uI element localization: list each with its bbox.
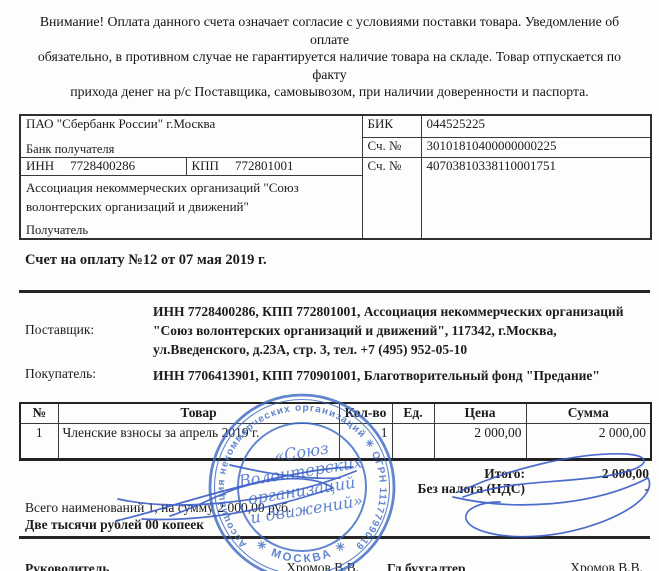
bank-requisites-table: ПАО "Сбербанк России" г.Москва Банк полу… [19, 114, 652, 240]
item-sum: 2 000,00 [526, 423, 651, 459]
bik-value: 044525225 [421, 115, 651, 138]
col-header-qty: Кол-во [339, 403, 392, 424]
recipient-cell: Ассоциация некоммерческих организаций "С… [20, 175, 362, 239]
bank-name: ПАО "Сбербанк России" г.Москва [26, 116, 357, 132]
payment-notice: Внимание! Оплата данного счета означает … [24, 13, 635, 101]
amount-in-words: Две тысячи рублей 00 копеек [25, 517, 659, 533]
corr-account-label: Сч. № [362, 138, 421, 157]
supplier-label: Поставщик: [25, 322, 153, 338]
director-signature-line: Хромов В.В. [118, 559, 366, 571]
invoice-document: Внимание! Оплата данного счета означает … [0, 0, 659, 571]
total-label: Итого: [484, 466, 525, 482]
bank-label: Банк получателя [26, 142, 357, 157]
notice-line: обязательно, в противном случае не гаран… [24, 48, 635, 83]
account-label: Сч. № [362, 157, 421, 239]
buyer-text: ИНН 7706413901, КПП 770901001, Благотвор… [153, 366, 640, 385]
col-header-unit: Ед. [392, 403, 434, 424]
item-name: Членские взносы за апрель 2019 г. [58, 423, 339, 459]
notice-line: Внимание! Оплата данного счета означает … [24, 13, 635, 48]
col-header-sum: Сумма [526, 403, 651, 424]
col-header-price: Цена [434, 403, 526, 424]
supplier-text: ИНН 7728400286, КПП 772801001, Ассоциаци… [153, 302, 640, 359]
item-num: 1 [20, 423, 58, 459]
accountant-label: Гл.бухгалтер [387, 561, 458, 571]
inn-cell: ИНН 7728400286 [20, 157, 186, 175]
divider-rule [19, 536, 650, 539]
buyer-label: Покупатель: [25, 366, 153, 382]
accountant-signature-line: Хромов В.В. [458, 559, 650, 571]
items-table: № Товар Кол-во Ед. Цена Сумма 1 Членские… [19, 402, 652, 461]
tax-label: Без налога (НДС) [418, 481, 525, 497]
director-label: Руководитель [25, 561, 118, 571]
tax-value: - [525, 481, 649, 497]
totals-block: Итого: 2 000,00 Без налога (НДС) - [0, 466, 659, 497]
invoice-title: Счет на оплату №12 от 07 мая 2019 г. [25, 252, 659, 269]
items-header-row: № Товар Кол-во Ед. Цена Сумма [20, 403, 651, 424]
bank-cell: ПАО "Сбербанк России" г.Москва Банк полу… [20, 115, 362, 158]
items-count-line: Всего наименований 1, на сумму 2 000,00 … [25, 500, 659, 516]
notice-line: прихода денег на р/с Поставщика, самовыв… [24, 83, 635, 101]
accountant-name: Хромов В.В. [570, 560, 643, 571]
corr-account-value: 30101810400000000225 [421, 138, 651, 157]
col-header-num: № [20, 403, 58, 424]
recipient-name: Ассоциация некоммерческих организаций "С… [26, 178, 356, 216]
account-value: 40703810338110001751 [421, 157, 651, 239]
buyer-block: Покупатель: ИНН 7706413901, КПП 77090100… [25, 366, 659, 385]
divider-rule [19, 290, 650, 293]
col-header-item: Товар [58, 403, 339, 424]
inn-label: ИНН [26, 158, 54, 174]
inn-value: 7728400286 [70, 158, 135, 174]
director-name: Хромов В.В. [286, 560, 359, 571]
bik-label: БИК [362, 115, 421, 138]
item-qty: 1 [339, 423, 392, 459]
total-value: 2 000,00 [525, 466, 649, 482]
item-price: 2 000,00 [434, 423, 526, 459]
kpp-value: 772801001 [235, 158, 294, 174]
kpp-label: КПП [192, 158, 219, 174]
kpp-cell: КПП 772801001 [186, 157, 362, 175]
supplier-block: Поставщик: ИНН 7728400286, КПП 772801001… [25, 302, 659, 359]
recipient-label: Получатель [26, 223, 357, 238]
table-row: 1 Членские взносы за апрель 2019 г. 1 2 … [20, 423, 651, 459]
signatures-row: Руководитель Хромов В.В. Гл.бухгалтер Хр… [25, 559, 650, 571]
item-unit [392, 423, 434, 459]
